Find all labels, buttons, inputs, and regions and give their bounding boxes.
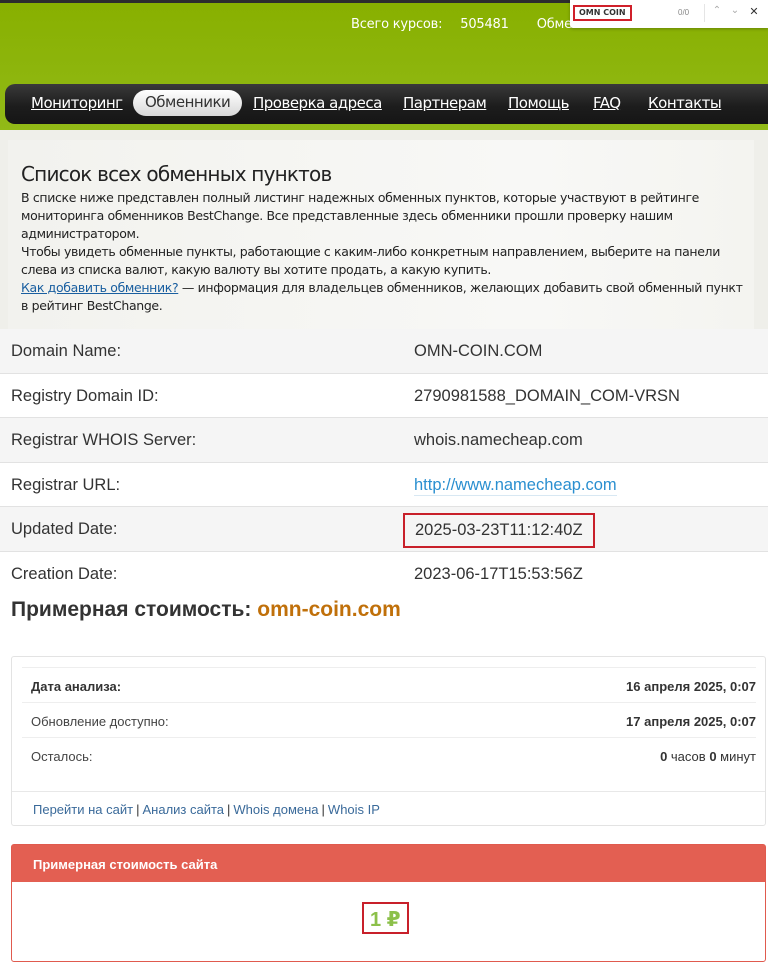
close-icon[interactable]: ✕ bbox=[747, 5, 761, 18]
analysis-row: Обновление доступно: 17 апреля 2025, 0:0… bbox=[22, 702, 756, 737]
intro-paragraph-2: Чтобы увидеть обменные пункты, работающи… bbox=[21, 243, 746, 279]
analysis-date-label: Дата анализа: bbox=[31, 679, 121, 694]
separator: | bbox=[322, 802, 325, 817]
whois-key: Registry Domain ID: bbox=[11, 387, 159, 406]
whois-key: Registrar URL: bbox=[11, 476, 120, 495]
analysis-date-value: 16 апреля 2025, 0:07 bbox=[626, 679, 756, 694]
nav-item-exchangers[interactable]: Обменники bbox=[133, 90, 242, 116]
nav-item-address-check[interactable]: Проверка адреса bbox=[253, 94, 382, 112]
whois-row: Registrar WHOIS Server: whois.namecheap.… bbox=[0, 418, 768, 463]
page-title: Список всех обменных пунктов bbox=[21, 162, 331, 186]
main-nav: Мониторинг Обменники Проверка адреса Пар… bbox=[5, 84, 768, 124]
find-divider bbox=[704, 4, 705, 22]
separator: | bbox=[136, 802, 139, 817]
nav-item-partners[interactable]: Партнерам bbox=[403, 94, 486, 112]
whois-value: 2023-06-17T15:53:56Z bbox=[414, 565, 583, 584]
chevron-up-icon[interactable]: ⌃ bbox=[710, 5, 724, 16]
whois-value: OMN-COIN.COM bbox=[414, 342, 542, 361]
estimated-cost-heading: Примерная стоимость: omn-coin.com bbox=[11, 598, 401, 622]
whois-key: Creation Date: bbox=[11, 565, 117, 584]
update-available-label: Обновление доступно: bbox=[31, 714, 169, 729]
whois-row: Updated Date: 2025-03-23T11:12:40Z bbox=[0, 507, 768, 552]
nav-item-help[interactable]: Помощь bbox=[508, 94, 569, 112]
site-value-amount: 1 ₽ bbox=[362, 902, 409, 934]
remaining-label: Осталось: bbox=[31, 749, 93, 764]
hours-unit: часов bbox=[667, 749, 709, 764]
whois-value: whois.namecheap.com bbox=[414, 431, 583, 450]
whois-ip-link[interactable]: Whois IP bbox=[328, 802, 380, 817]
whois-key: Domain Name: bbox=[11, 342, 121, 361]
intro-panel: Список всех обменных пунктов В списке ни… bbox=[8, 140, 754, 330]
remaining-value: 0 часов 0 минут bbox=[660, 749, 756, 764]
estimated-cost-label: Примерная стоимость: bbox=[11, 598, 257, 621]
nav-item-contacts[interactable]: Контакты bbox=[648, 94, 721, 112]
whois-row: Registry Domain ID: 2790981588_DOMAIN_CO… bbox=[0, 374, 768, 419]
whois-row: Domain Name: OMN-COIN.COM bbox=[0, 329, 768, 374]
intro-text: В списке ниже представлен полный листинг… bbox=[21, 189, 746, 315]
registrar-url-link[interactable]: http://www.namecheap.com bbox=[414, 476, 617, 496]
whois-domain-link[interactable]: Whois домена bbox=[233, 802, 318, 817]
total-rates-label: Всего курсов: bbox=[351, 17, 442, 32]
analysis-panel: Дата анализа: 16 апреля 2025, 0:07 Обнов… bbox=[11, 656, 766, 826]
find-match-count: 0/0 bbox=[678, 8, 689, 17]
site-analysis-link[interactable]: Анализ сайта bbox=[142, 802, 224, 817]
whois-table: Domain Name: OMN-COIN.COM Registry Domai… bbox=[0, 329, 768, 596]
chevron-down-icon[interactable]: ⌄ bbox=[728, 5, 742, 16]
go-to-site-link[interactable]: Перейти на сайт bbox=[33, 802, 133, 817]
whois-value: 2790981588_DOMAIN_COM-VRSN bbox=[414, 387, 680, 406]
nav-item-faq[interactable]: FAQ bbox=[593, 94, 621, 112]
nav-item-monitoring[interactable]: Мониторинг bbox=[31, 94, 123, 112]
intro-paragraph-1: В списке ниже представлен полный листинг… bbox=[21, 189, 746, 243]
separator: | bbox=[227, 802, 230, 817]
add-exchanger-link[interactable]: Как добавить обменник? bbox=[21, 280, 178, 295]
site-value-header: Примерная стоимость сайта bbox=[12, 845, 765, 882]
whois-row: Registrar URL: http://www.namecheap.com bbox=[0, 463, 768, 508]
total-rates-value: 505481 bbox=[460, 17, 508, 32]
browser-find-bar: OMN COIN 0/0 ⌃ ⌄ ✕ bbox=[570, 0, 768, 28]
analysis-row: Осталось: 0 часов 0 минут bbox=[22, 737, 756, 772]
whois-key: Updated Date: bbox=[11, 520, 117, 539]
update-available-value: 17 апреля 2025, 0:07 bbox=[626, 714, 756, 729]
intro-paragraph-3: Как добавить обменник? — информация для … bbox=[21, 279, 746, 315]
find-input[interactable]: OMN COIN bbox=[573, 5, 632, 21]
updated-date-highlight: 2025-03-23T11:12:40Z bbox=[403, 513, 595, 548]
remaining-minutes: 0 bbox=[709, 749, 716, 764]
site-value-box: Примерная стоимость сайта 1 ₽ bbox=[11, 844, 766, 962]
whois-key: Registrar WHOIS Server: bbox=[11, 431, 196, 450]
minutes-unit: минут bbox=[717, 749, 756, 764]
estimated-cost-domain: omn-coin.com bbox=[257, 598, 401, 621]
total-rates: Всего курсов: 505481 bbox=[351, 17, 523, 32]
whois-row: Creation Date: 2023-06-17T15:53:56Z bbox=[0, 552, 768, 597]
analysis-row: Дата анализа: 16 апреля 2025, 0:07 bbox=[22, 667, 756, 702]
analysis-links: Перейти на сайт|Анализ сайта|Whois домен… bbox=[12, 791, 765, 826]
